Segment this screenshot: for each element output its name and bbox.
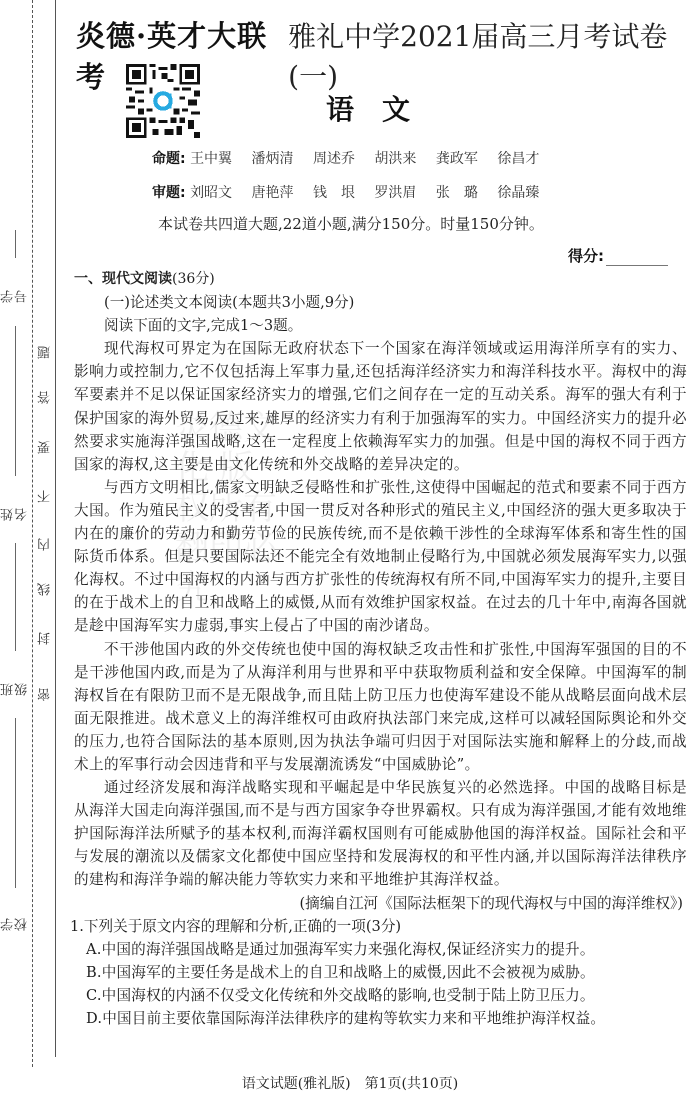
seal-word: 线	[39, 583, 53, 596]
field-school: 学校	[2, 890, 16, 942]
seal-word: 内	[39, 538, 53, 551]
qr-code-icon[interactable]	[126, 64, 200, 138]
reviewer-name: 钱 垠	[313, 185, 355, 201]
setter-name: 胡洪来	[374, 151, 416, 167]
passage-paragraph: 与西方文明相比,儒家文明缺乏侵略性和扩张性,这使得中国崛起的范式和要素不同于西方…	[74, 476, 687, 638]
class-blank[interactable]	[15, 718, 16, 888]
binding-margin: 学号 姓名 班级 学校 题 答 要 不 内 线 封 密	[0, 0, 60, 1107]
subsection-title: (一)论述类文本阅读(本题共3小题,9分)	[74, 291, 687, 314]
reading-instruction: 阅读下面的文字,完成1～3题。	[74, 314, 687, 337]
question-1-option-d[interactable]: D.中国目前主要依靠国际海洋法律秩序的建构等软实力来和平地维护海洋权益。	[74, 1007, 687, 1030]
section-title: 一、现代文阅读(36分)	[74, 268, 687, 291]
seal-word: 密	[39, 688, 53, 701]
score-box: 得分:	[568, 245, 668, 266]
seal-word: 封	[39, 632, 53, 645]
question-setters: 命题: 王中翼 潘炳清 周述乔 胡洪来 龚政军 徐昌才	[152, 148, 554, 168]
reading-section: 一、现代文阅读(36分) (一)论述类文本阅读(本题共3小题,9分) 阅读下面的…	[74, 268, 687, 1030]
question-1-option-a[interactable]: A.中国的海洋强国战略是通过加强海军实力来强化海权,保证经济实力的提升。	[74, 938, 687, 961]
setter-name: 周述乔	[313, 151, 355, 167]
score-blank[interactable]	[606, 248, 668, 266]
passage-paragraph: 通过经济发展和海洋战略实现和平崛起是中华民族复兴的必然选择。中国的战略目标是从海…	[74, 776, 687, 891]
student-number-blank[interactable]	[15, 326, 16, 476]
reviewer-name: 刘昭文	[190, 185, 232, 201]
passage-paragraph: 不干涉他国内政的外交传统也使中国的海权缺乏攻击性和扩张性,中国海军强国的目的不是…	[74, 638, 687, 777]
subject-title: 语文	[326, 88, 438, 128]
page-footer: 语文试题(雅礼版) 第1页(共10页)	[0, 1073, 700, 1093]
score-label: 得分:	[568, 245, 604, 266]
seal-dotted-line	[32, 0, 33, 1067]
seal-word: 答	[39, 391, 53, 404]
reviewer-name: 徐晶臻	[497, 185, 539, 201]
question-reviewers: 审题: 刘昭文 唐艳萍 钱 垠 罗洪眉 张 璐 徐晶臻	[152, 182, 554, 202]
setter-name: 王中翼	[190, 151, 232, 167]
seal-word: 不	[39, 490, 53, 503]
question-1-option-c[interactable]: C.中国海权的内涵不仅受文化传统和外交战略的影响,也受制于陆上防卫压力。	[74, 984, 687, 1007]
setter-name: 潘炳清	[252, 151, 294, 167]
setter-name: 徐昌才	[497, 151, 539, 167]
exam-title: 炎德·英才大联考 雅礼中学2021届高三月考试卷(一)	[76, 14, 696, 50]
field-name: 姓名	[2, 480, 16, 532]
passage-source: (摘编自江河《国际法框架下的现代海权与中国的海洋维权》)	[74, 892, 687, 915]
seal-word: 题	[39, 346, 53, 359]
question-1-option-b[interactable]: B.中国海军的主要任务是战术上的自卫和战略上的威慑,因此不会被视为威胁。	[74, 961, 687, 984]
school-exam-title: 雅礼中学2021届高三月考试卷(一)	[288, 15, 696, 95]
seal-word: 要	[39, 441, 53, 454]
setter-name: 龚政军	[436, 151, 478, 167]
field-student-number: 学号	[2, 262, 16, 314]
exam-info: 本试卷共四道大题,22道小题,满分150分。时量150分钟。	[158, 213, 544, 234]
section-points: (36分)	[172, 271, 215, 287]
setters-label: 命题:	[152, 151, 186, 167]
section-title-text: 一、现代文阅读	[74, 271, 172, 287]
reviewer-name: 唐艳萍	[252, 185, 294, 201]
reviewer-name: 罗洪眉	[374, 185, 416, 201]
reviewers-label: 审题:	[152, 185, 186, 201]
field-class: 班级	[2, 655, 16, 707]
margin-border-line	[55, 0, 56, 1057]
question-1-stem: 1.下列关于原文内容的理解和分析,正确的一项(3分)	[70, 915, 687, 938]
passage-paragraph: 现代海权可界定为在国际无政府状态下一个国家在海洋领域或运用海洋所享有的实力、影响…	[74, 337, 687, 476]
name-blank[interactable]	[15, 543, 16, 651]
reviewer-name: 张 璐	[436, 185, 478, 201]
field-line	[15, 230, 16, 258]
